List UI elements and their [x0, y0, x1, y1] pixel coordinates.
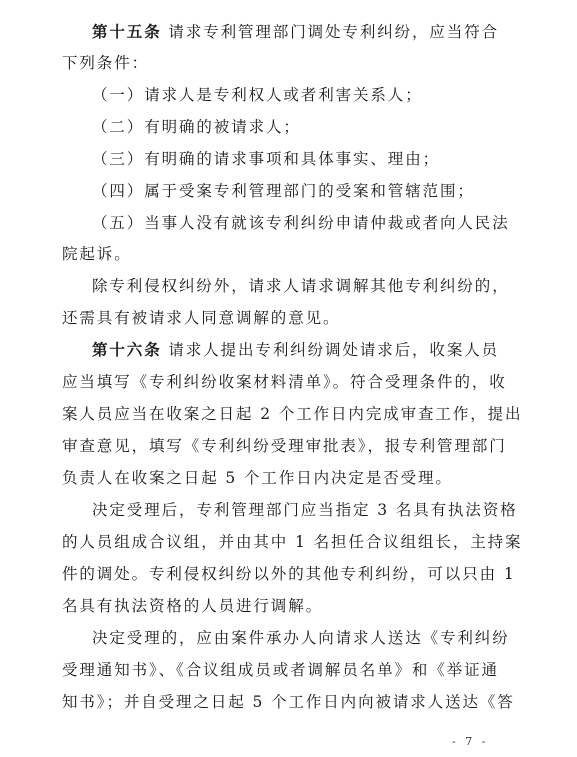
- text-line: 件的调处。专利侵权纠纷以外的其他专利纠纷，可以只由 1: [62, 564, 522, 584]
- text-line: 审查意见，填写《专利纠纷受理审批表》，报专利管理部门: [62, 436, 522, 456]
- paragraph-mediation: 除专利侵权纠纷外，请求人请求调解其他专利纠纷的，: [92, 276, 552, 296]
- condition-4: （四）属于受案专利管理部门的受案和管辖范围；: [92, 181, 552, 201]
- condition-3: （三）有明确的请求事项和具体事实、理由；: [92, 149, 552, 169]
- article-15-heading: 第十五条: [92, 22, 162, 41]
- condition-1: （一）请求人是专利权人或者利害关系人；: [92, 85, 552, 105]
- text-line: 应当填写《专利纠纷收案材料清单》。符合受理条件的，收: [62, 372, 522, 392]
- text-line: 下列条件：: [62, 53, 522, 73]
- text-line: 的人员组成合议组，并由其中 1 名担任合议组组长，主持案: [62, 532, 522, 552]
- text-line: 案人员应当在收案之日起 2 个工作日内完成审查工作，提出: [62, 404, 522, 424]
- text-line: 受理通知书》、《合议组成员或者调解员名单》和《举证通: [62, 660, 522, 680]
- article-15-line-1: 第十五条 请求专利管理部门调处专利纠纷，应当符合: [92, 22, 552, 42]
- text-line: 还需具有被请求人同意调解的意见。: [62, 308, 522, 328]
- text-line: 院起诉。: [62, 244, 522, 264]
- paragraph-acceptance: 决定受理后，专利管理部门应当指定 3 名具有执法资格: [92, 500, 552, 520]
- paragraph-notice: 决定受理的，应由案件承办人向请求人送达《专利纠纷: [92, 628, 552, 648]
- article-16-line-1: 第十六条 请求人提出专利纠纷调处请求后，收案人员: [92, 340, 552, 360]
- text-line: 知书》；并自受理之日起 5 个工作日内向被请求人送达《答: [62, 692, 522, 712]
- condition-2: （二）有明确的被请求人；: [92, 117, 552, 137]
- text-line: 负责人在收案之日起 5 个工作日内决定是否受理。: [62, 468, 522, 488]
- text-line: 名具有执法资格的人员进行调解。: [62, 596, 522, 616]
- page-number: - 7 -: [452, 735, 488, 748]
- article-16-heading: 第十六条: [92, 340, 162, 359]
- document-page: 第十五条 请求专利管理部门调处专利纠纷，应当符合 下列条件： （一）请求人是专利…: [0, 0, 577, 757]
- condition-5: （五）当事人没有就该专利纠纷申请仲裁或者向人民法: [92, 213, 552, 233]
